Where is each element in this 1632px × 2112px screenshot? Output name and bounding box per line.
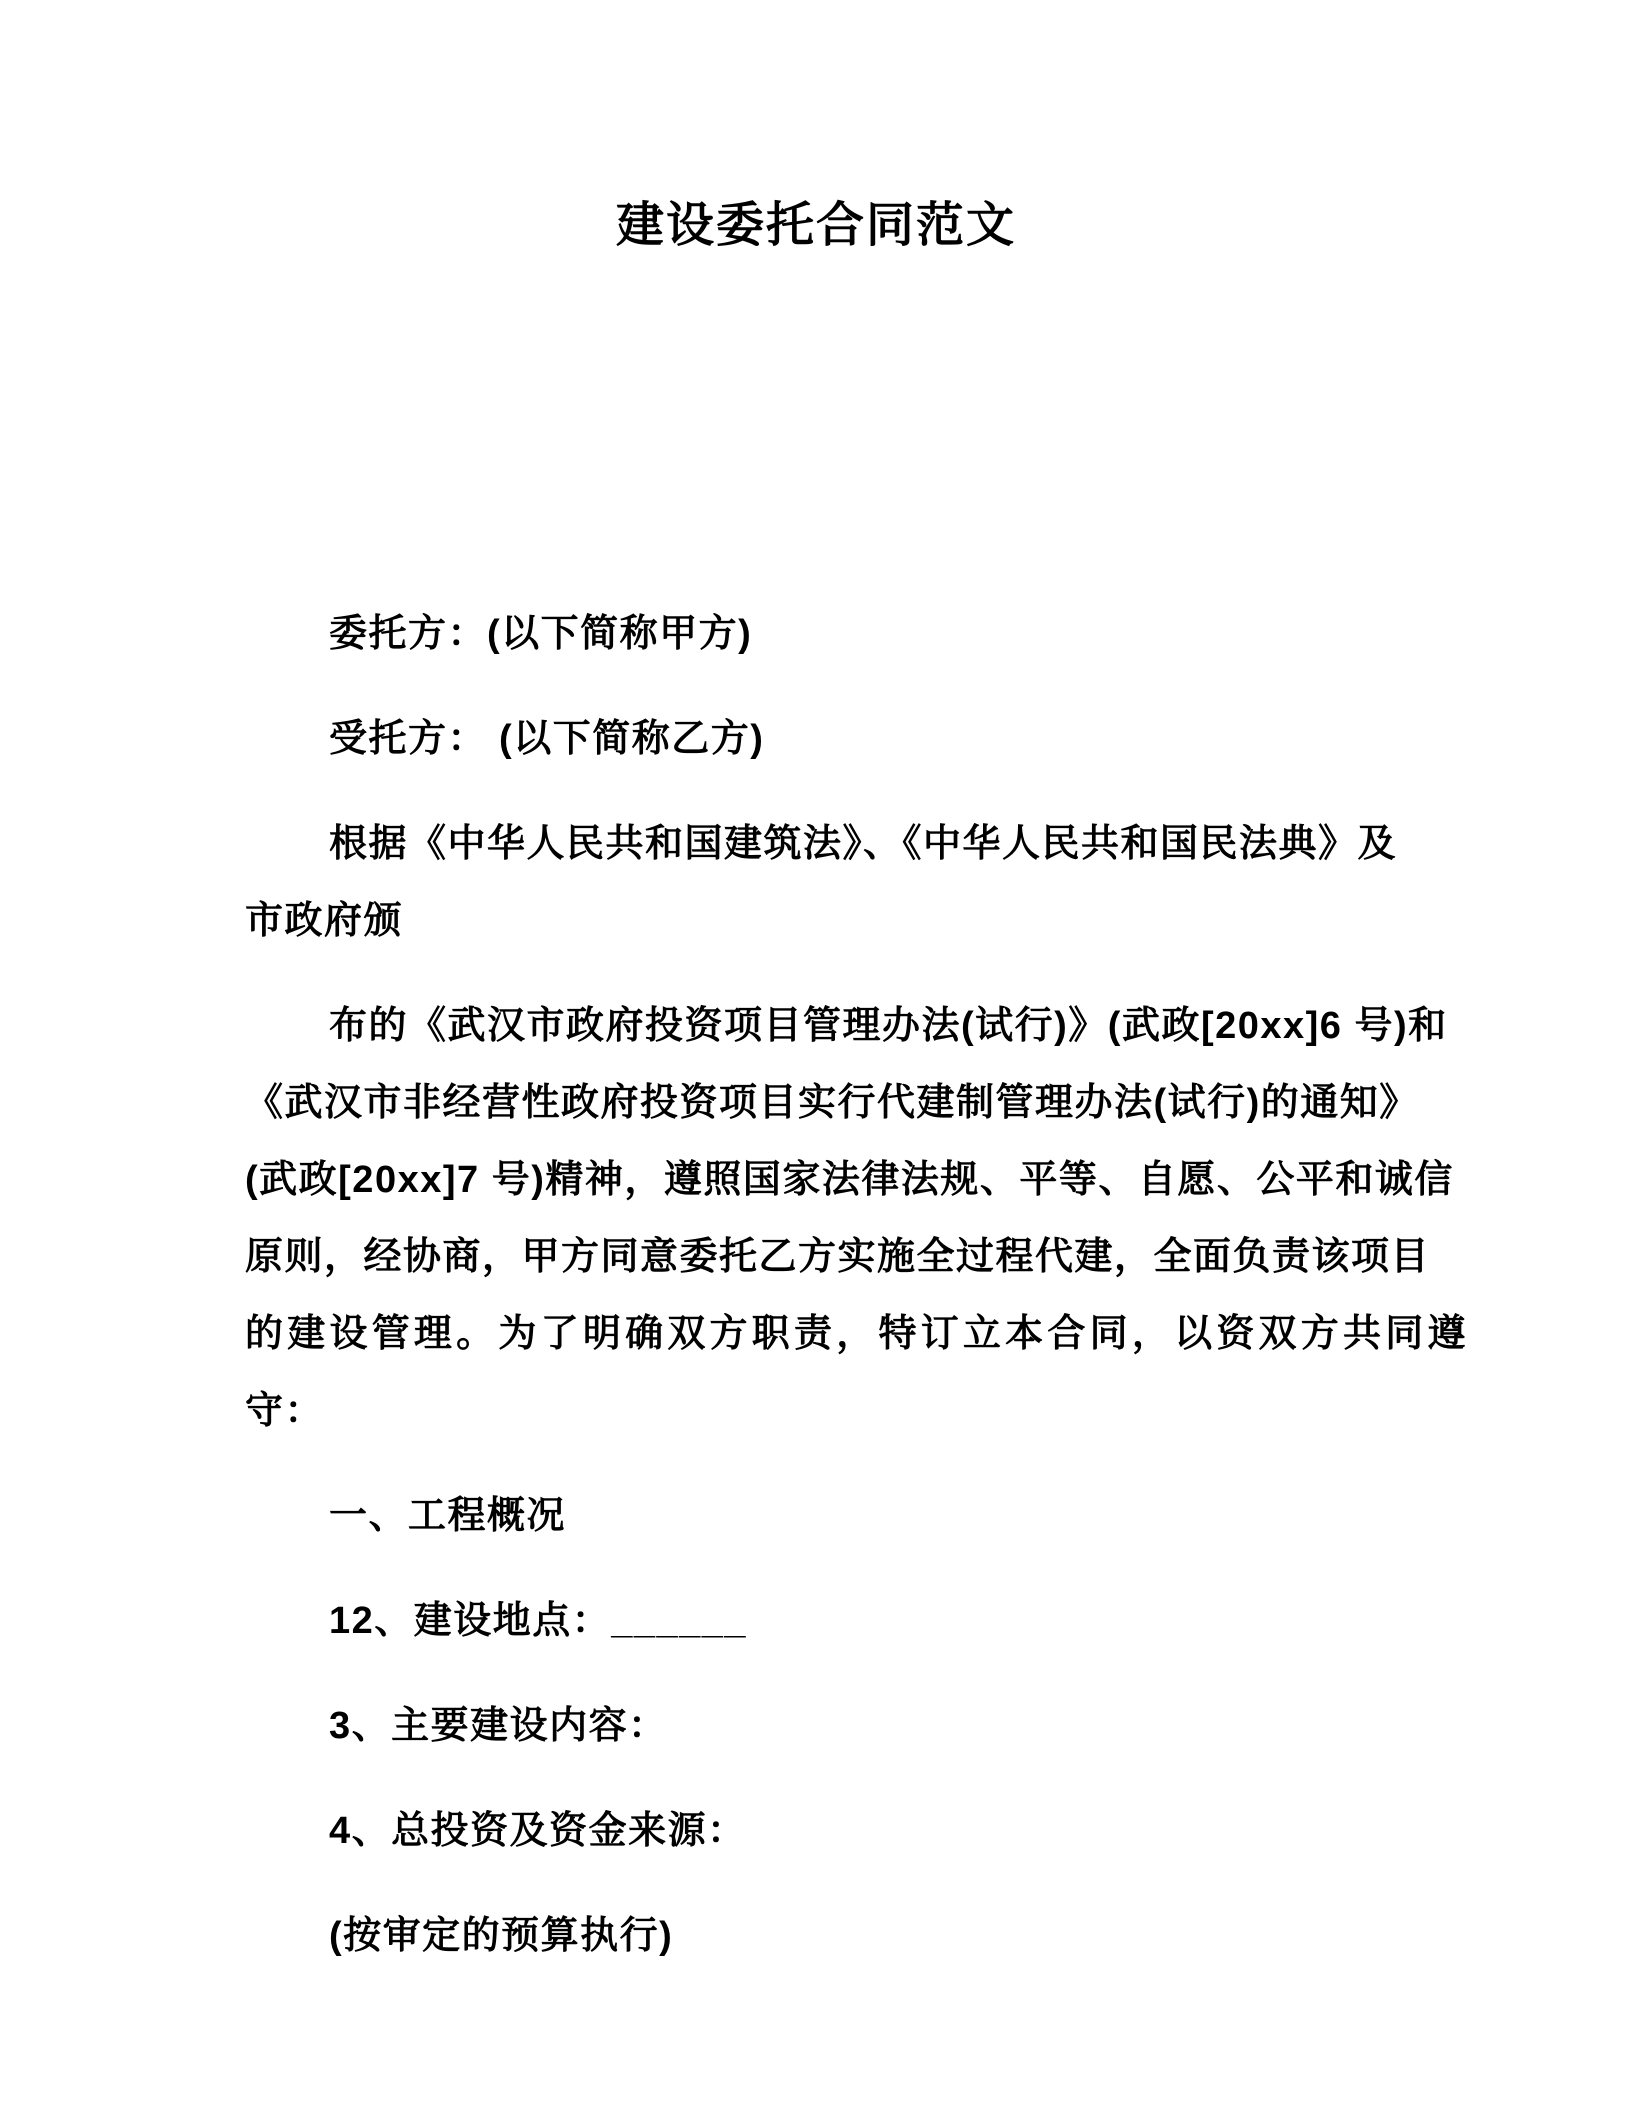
document-page: 建设委托合同范文 委托方：(以下简称甲方)受托方： (以下简称乙方)根据《中华人…	[0, 0, 1632, 2112]
paragraph: 4、总投资及资金来源：	[245, 1793, 1467, 1870]
text-line: 的建设管理。为了明确双方职责，特订立本合同，以资双方共同遵守：	[245, 1296, 1467, 1450]
document-body: 委托方：(以下简称甲方)受托方： (以下简称乙方)根据《中华人民共和国建筑法》、…	[0, 596, 1632, 1975]
text-line: (武政[20xx]7 号)精神，遵照国家法律法规、平等、自愿、公平和诚信	[245, 1142, 1467, 1219]
paragraph: 根据《中华人民共和国建筑法》、《中华人民共和国民法典》及市政府颁	[245, 806, 1467, 960]
text-line: 3、主要建设内容：	[245, 1688, 1467, 1765]
text-line: 《武汉市非经营性政府投资项目实行代建制管理办法(试行)的通知》	[245, 1065, 1467, 1142]
paragraph: 一、工程概况	[245, 1478, 1467, 1555]
text-line: (按审定的预算执行)	[245, 1898, 1467, 1975]
document-title: 建设委托合同范文	[0, 0, 1632, 256]
paragraph: 委托方：(以下简称甲方)	[245, 596, 1467, 673]
text-line: 市政府颁	[245, 883, 1467, 960]
paragraph: 3、主要建设内容：	[245, 1688, 1467, 1765]
text-line: 一、工程概况	[245, 1478, 1467, 1555]
paragraph: 12、建设地点：______	[245, 1583, 1467, 1660]
paragraph: 布的《武汉市政府投资项目管理办法(试行)》(武政[20xx]6 号)和《武汉市非…	[245, 988, 1467, 1450]
paragraph: 受托方： (以下简称乙方)	[245, 701, 1467, 778]
text-line: 4、总投资及资金来源：	[245, 1793, 1467, 1870]
text-line: 原则，经协商，甲方同意委托乙方实施全过程代建，全面负责该项目	[245, 1219, 1467, 1296]
text-line: 委托方：(以下简称甲方)	[245, 596, 1467, 673]
text-line: 受托方： (以下简称乙方)	[245, 701, 1467, 778]
paragraph: (按审定的预算执行)	[245, 1898, 1467, 1975]
text-line: 根据《中华人民共和国建筑法》、《中华人民共和国民法典》及	[245, 806, 1467, 883]
text-line: 布的《武汉市政府投资项目管理办法(试行)》(武政[20xx]6 号)和	[245, 988, 1467, 1065]
text-line: 12、建设地点：______	[245, 1583, 1467, 1660]
